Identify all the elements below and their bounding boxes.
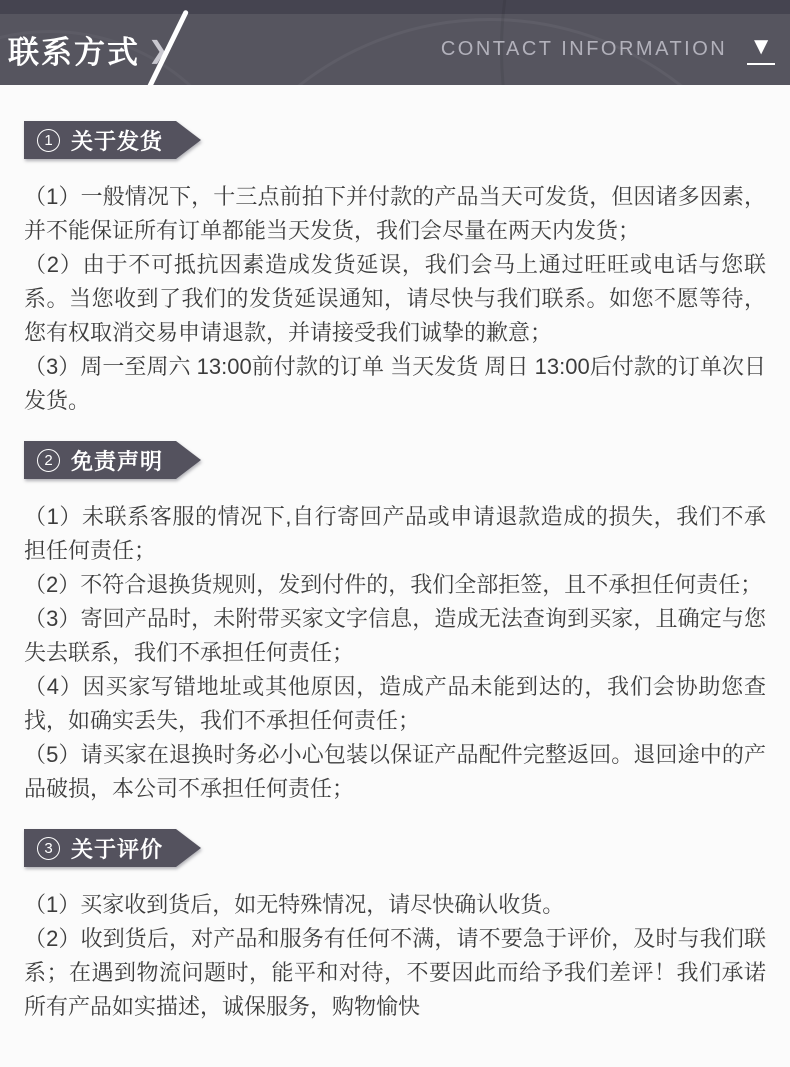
section-number-badge: 2: [37, 449, 60, 472]
section-badge: 3 关于评价: [24, 829, 201, 867]
header-title-en: CONTACT INFORMATION: [441, 38, 727, 61]
section-shipping: 1 关于发货 （1）一般情况下，十三点前拍下并付款的产品当天可发货，但因诸多因素…: [24, 121, 766, 418]
section-number-badge: 3: [37, 837, 60, 860]
page: 联系方式 ❯ CONTACT INFORMATION ▼ 1 关于发货 （1）一…: [0, 0, 790, 1067]
policy-content: 1 关于发货 （1）一般情况下，十三点前拍下并付款的产品当天可发货，但因诸多因素…: [0, 85, 790, 1067]
section-disclaimer: 2 免责声明 （1）未联系客服的情况下,自行寄回产品或申请退款造成的损失，我们不…: [24, 441, 766, 806]
header-title-group: 联系方式 ❯: [8, 14, 168, 85]
section-title: 关于发货: [71, 125, 163, 156]
section-title: 关于评价: [71, 833, 163, 864]
policy-item: （4）因买家写错地址或其他原因，造成产品未能到达的，我们会协助您查找，如确实丢失…: [24, 670, 766, 738]
section-badge: 2 免责声明: [24, 441, 201, 479]
policy-item: （3）周一至周六 13:00前付款的订单 当天发货 周日 13:00后付款的订单…: [24, 350, 766, 418]
policy-item: （3）寄回产品时，未附带买家文字信息，造成无法查询到买家，且确定与您失去联系，我…: [24, 602, 766, 670]
policy-item: （1）一般情况下，十三点前拍下并付款的产品当天可发货，但因诸多因素，并不能保证所…: [24, 180, 766, 248]
header-title-cn: 联系方式: [8, 27, 140, 72]
policy-item: （1）未联系客服的情况下,自行寄回产品或申请退款造成的损失，我们不承担任何责任；: [24, 500, 766, 568]
contact-header: 联系方式 ❯ CONTACT INFORMATION ▼: [0, 0, 790, 85]
policy-item: （2）由于不可抵抗因素造成发货延误，我们会马上通过旺旺或电话与您联系。当您收到了…: [24, 248, 766, 350]
section-badge-wrap: 1 关于发货: [24, 121, 766, 159]
section-title: 免责声明: [71, 445, 163, 476]
policy-item: （2）收到货后，对产品和服务有任何不满，请不要急于评价，及时与我们联系；在遇到物…: [24, 922, 766, 1024]
header-subtitle-group: CONTACT INFORMATION ▼: [441, 14, 775, 85]
header-top-strip: [0, 0, 790, 14]
section-badge-wrap: 2 免责声明: [24, 441, 766, 479]
policy-item: （1）买家收到货后，如无特殊情况，请尽快确认收货。: [24, 888, 766, 922]
policy-item: （5）请买家在退换时务必小心包装以保证产品配件完整返回。退回途中的产品破损，本公…: [24, 738, 766, 806]
section-badge-wrap: 3 关于评价: [24, 829, 766, 867]
section-review: 3 关于评价 （1）买家收到货后，如无特殊情况，请尽快确认收货。 （2）收到货后…: [24, 829, 766, 1024]
section-badge: 1 关于发货: [24, 121, 201, 159]
policy-item: （2）不符合退换货规则，发到付件的，我们全部拒签，且不承担任何责任；: [24, 568, 766, 602]
section-number-badge: 1: [37, 129, 60, 152]
triangle-down-icon: ▼: [747, 35, 775, 65]
